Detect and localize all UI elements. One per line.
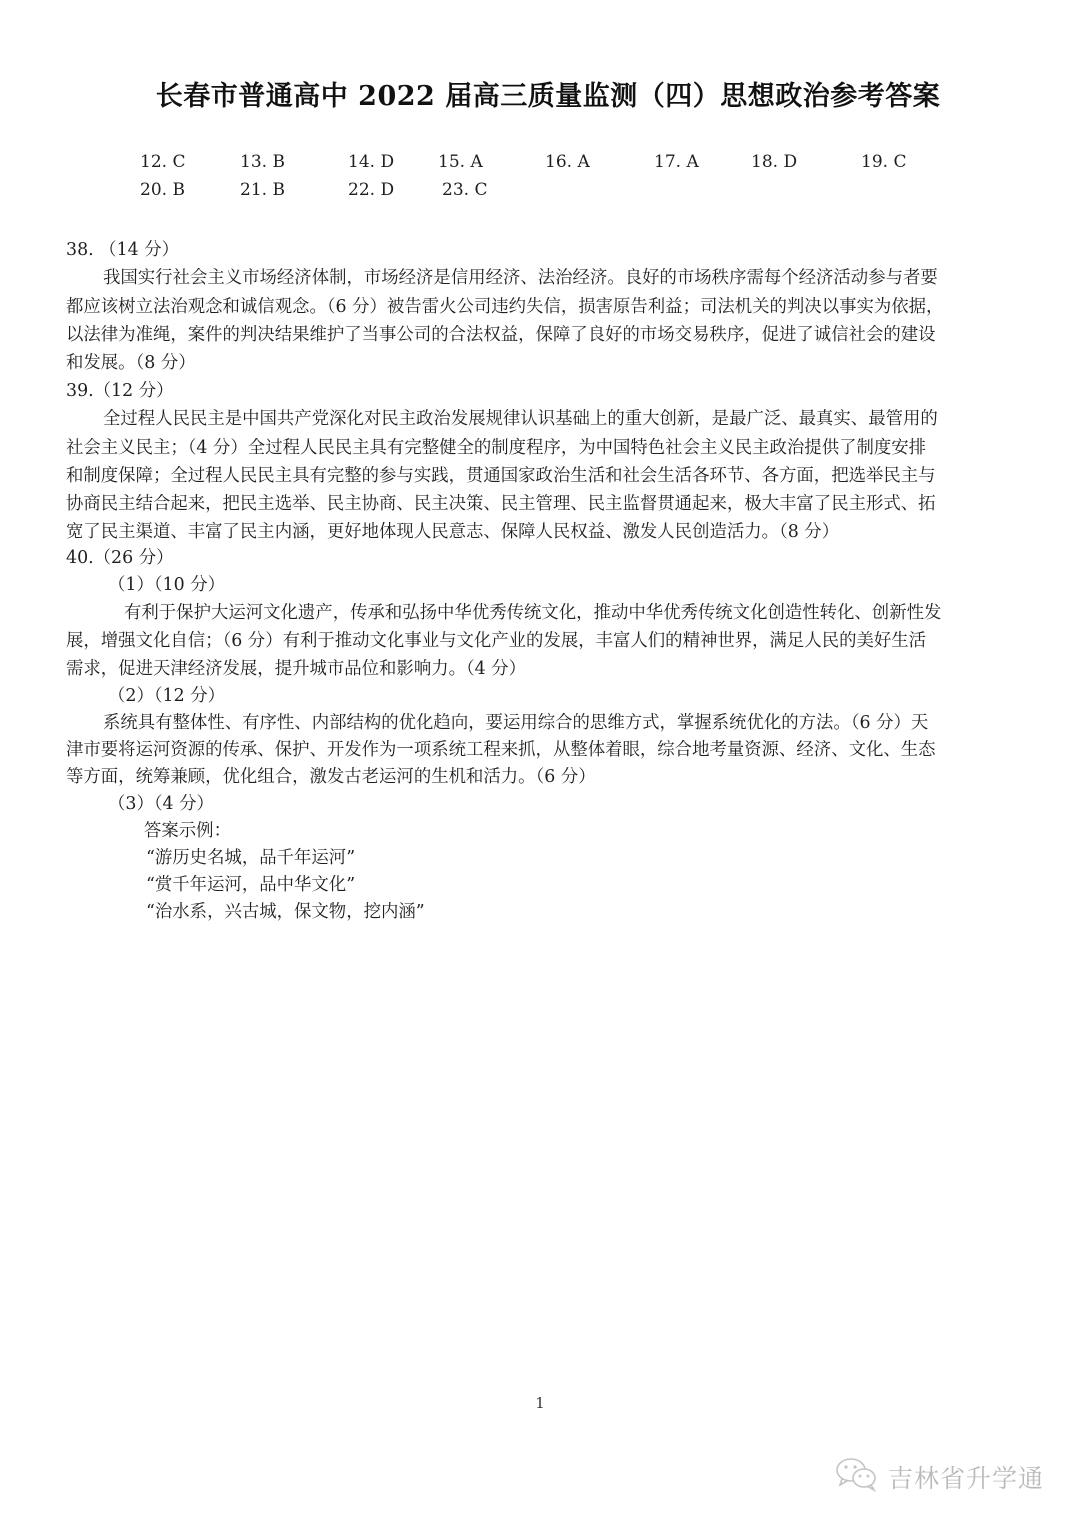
choice-answer: 16. A [545,152,590,172]
answer-line: 宽了民主渠道、丰富了民主内涵，更好地体现人民意志、保障人民权益、激发人民创造活力… [66,518,1016,546]
answer-line: 都应该树立法治观念和诚信观念。（6 分）被告雷火公司违约失信，损害原告利益；司法… [66,293,1016,321]
choice-answer: 20. B [140,180,185,200]
choice-answer: 12. C [140,152,185,172]
answer-line: 和发展。（8 分） [66,349,1016,377]
answer-line: 社会主义民主；（4 分）全过程人民民主具有完整健全的制度程序，为中国特色社会主义… [66,434,1016,462]
choice-answer: 22. D [348,180,394,200]
part-heading: （3）（4 分） [66,791,1016,818]
example-slogan: “游历史名城，品千年运河” [66,845,1016,872]
answer-line: 全过程人民民主是中国共产党深化对民主政治发展规律认识基础上的重大创新，是最广泛、… [66,405,1016,433]
answer-line: 我国实行社会主义市场经济体制，市场经济是信用经济、法治经济。良好的市场秩序需每个… [66,264,1016,292]
answer-line: 需求，促进天津经济发展，提升城市品位和影响力。（4 分） [66,655,1016,683]
answer-line: 等方面，统筹兼顾，优化组合，激发古老运河的生机和活力。（6 分） [66,764,1016,791]
answer-line: 协商民主结合起来，把民主选举、民主协商、民主决策、民主管理、民主监督贯通起来，极… [66,490,1016,518]
choice-answer: 14. D [348,152,394,172]
watermark-text: 吉林省升学通 [888,1459,1044,1495]
question-heading: 38. （14 分） [66,236,1016,264]
example-label: 答案示例： [66,818,1016,845]
page-title: 长春市普通高中 2022 届高三质量监测（四）思想政治参考答案 [0,74,1080,113]
example-slogan: “治水系，兴古城，保文物，挖内涵” [66,899,1016,926]
choice-answer: 19. C [861,152,906,172]
answer-line: 有利于保护大运河文化遗产，传承和弘扬中华优秀传统文化，推动中华优秀传统文化创造性… [66,599,1016,627]
answer-line: 和制度保障；全过程人民民主具有完整的参与实践，贯通国家政治生活和社会生活各环节、… [66,462,1016,490]
part-heading: （1）（10 分） [66,572,1016,599]
watermark: 吉林省升学通 [834,1456,1044,1498]
part-heading: （2）（12 分） [66,683,1016,710]
question-38: 38. （14 分） 我国实行社会主义市场经济体制，市场经济是信用经济、法治经济… [66,236,1016,377]
choice-answer: 15. A [438,152,483,172]
question-40: 40.（26 分） （1）（10 分） 有利于保护大运河文化遗产，传承和弘扬中华… [66,545,1016,926]
choice-answer: 17. A [654,152,699,172]
page-number: 1 [0,1394,1080,1412]
question-39: 39.（12 分） 全过程人民民主是中国共产党深化对民主政治发展规律认识基础上的… [66,377,1016,547]
choice-answer: 13. B [240,152,285,172]
wechat-icon [834,1456,880,1498]
choice-answer: 18. D [751,152,797,172]
choice-answer: 23. C [442,180,487,200]
answer-line: 展，增强文化自信；（6 分）有利于推动文化事业与文化产业的发展，丰富人们的精神世… [66,627,1016,655]
choice-answer: 21. B [240,180,285,200]
answer-line: 津市要将运河资源的传承、保护、开发作为一项系统工程来抓，从整体着眼，综合地考量资… [66,737,1016,764]
answer-line: 系统具有整体性、有序性、内部结构的优化趋向，要运用综合的思维方式，掌握系统优化的… [66,710,1016,737]
example-slogan: “赏千年运河，品中华文化” [66,872,1016,899]
answer-line: 以法律为准绳，案件的判决结果维护了当事公司的合法权益，保障了良好的市场交易秩序，… [66,321,1016,349]
question-heading: 39.（12 分） [66,377,1016,405]
question-heading: 40.（26 分） [66,545,1016,572]
